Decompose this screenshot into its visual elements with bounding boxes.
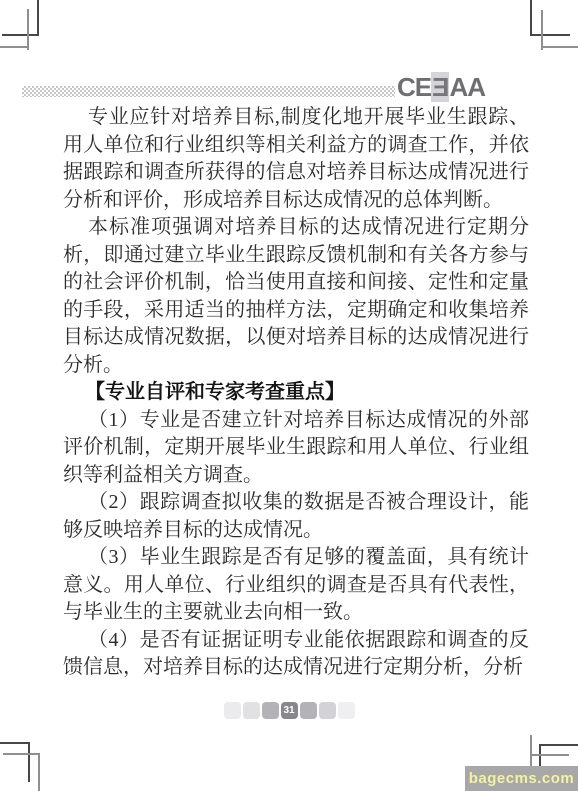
crop-mark-line (3, 753, 40, 755)
crop-mark-line (0, 742, 30, 744)
logo-part-ce: CE (397, 72, 431, 102)
crop-mark-line (541, 10, 543, 50)
checklist-item-1: （1）专业是否建立针对培养目标达成情况的外部评价机制，定期开展毕业生跟踪和用人单… (63, 407, 529, 490)
logo-part-aa: AA (449, 72, 485, 102)
watermark: bagecms.com (465, 766, 578, 791)
section-heading: 【专业自评和专家考查重点】 (63, 379, 529, 407)
crop-mark-line (38, 753, 40, 791)
crop-mark-line (543, 46, 578, 48)
crop-mark-line (531, 754, 569, 756)
scanned-document-page: CEƎAA 专业应针对培养目标,制度化地开展毕业生跟踪、用人单位和行业组织等相关… (0, 0, 578, 791)
page-number-strip: 31 (0, 702, 578, 719)
pager-tile (338, 702, 355, 719)
crop-mark-line (0, 46, 29, 48)
pager-tile (224, 702, 241, 719)
crop-mark-line (540, 744, 578, 746)
crop-mark-line (2, 34, 39, 36)
crop-mark-line (27, 9, 29, 50)
logo-part-reversed-e: Ǝ (431, 72, 449, 102)
paragraph-1: 专业应针对培养目标,制度化地开展毕业生跟踪、用人单位和行业组织等相关利益方的调查… (63, 104, 529, 214)
crop-mark-line (28, 742, 30, 782)
pager-tile-current: 31 (281, 702, 298, 719)
pager-tile (319, 702, 336, 719)
crop-mark-line (37, 0, 39, 36)
crop-mark-line (530, 0, 532, 36)
paragraph-2: 本标准项强调对培养目标的达成情况进行定期分析，即通过建立毕业生跟踪反馈机制和有关… (63, 214, 529, 379)
checklist-item-2: （2）跟踪调查拟收集的数据是否被合理设计，能够反映培养目标的达成情况。 (63, 489, 529, 544)
page-text-block: 专业应针对培养目标,制度化地开展毕业生跟踪、用人单位和行业组织等相关利益方的调查… (63, 104, 529, 682)
watermark-text: bagecms.com (469, 770, 575, 787)
pager-tile (300, 702, 317, 719)
ceeaa-logo: CEƎAA (397, 74, 485, 100)
crop-mark-line (530, 34, 570, 36)
pager-tile (262, 702, 279, 719)
pager-tile (243, 702, 260, 719)
header-hatched-rule (22, 86, 395, 97)
checklist-item-4: （4）是否有证据证明专业能依据跟踪和调查的反馈信息，对培养目标的达成情况进行定期… (63, 627, 529, 682)
checklist-item-3: （3）毕业生跟踪是否有足够的覆盖面，具有统计意义。用人单位、行业组织的调查是否具… (63, 544, 529, 627)
